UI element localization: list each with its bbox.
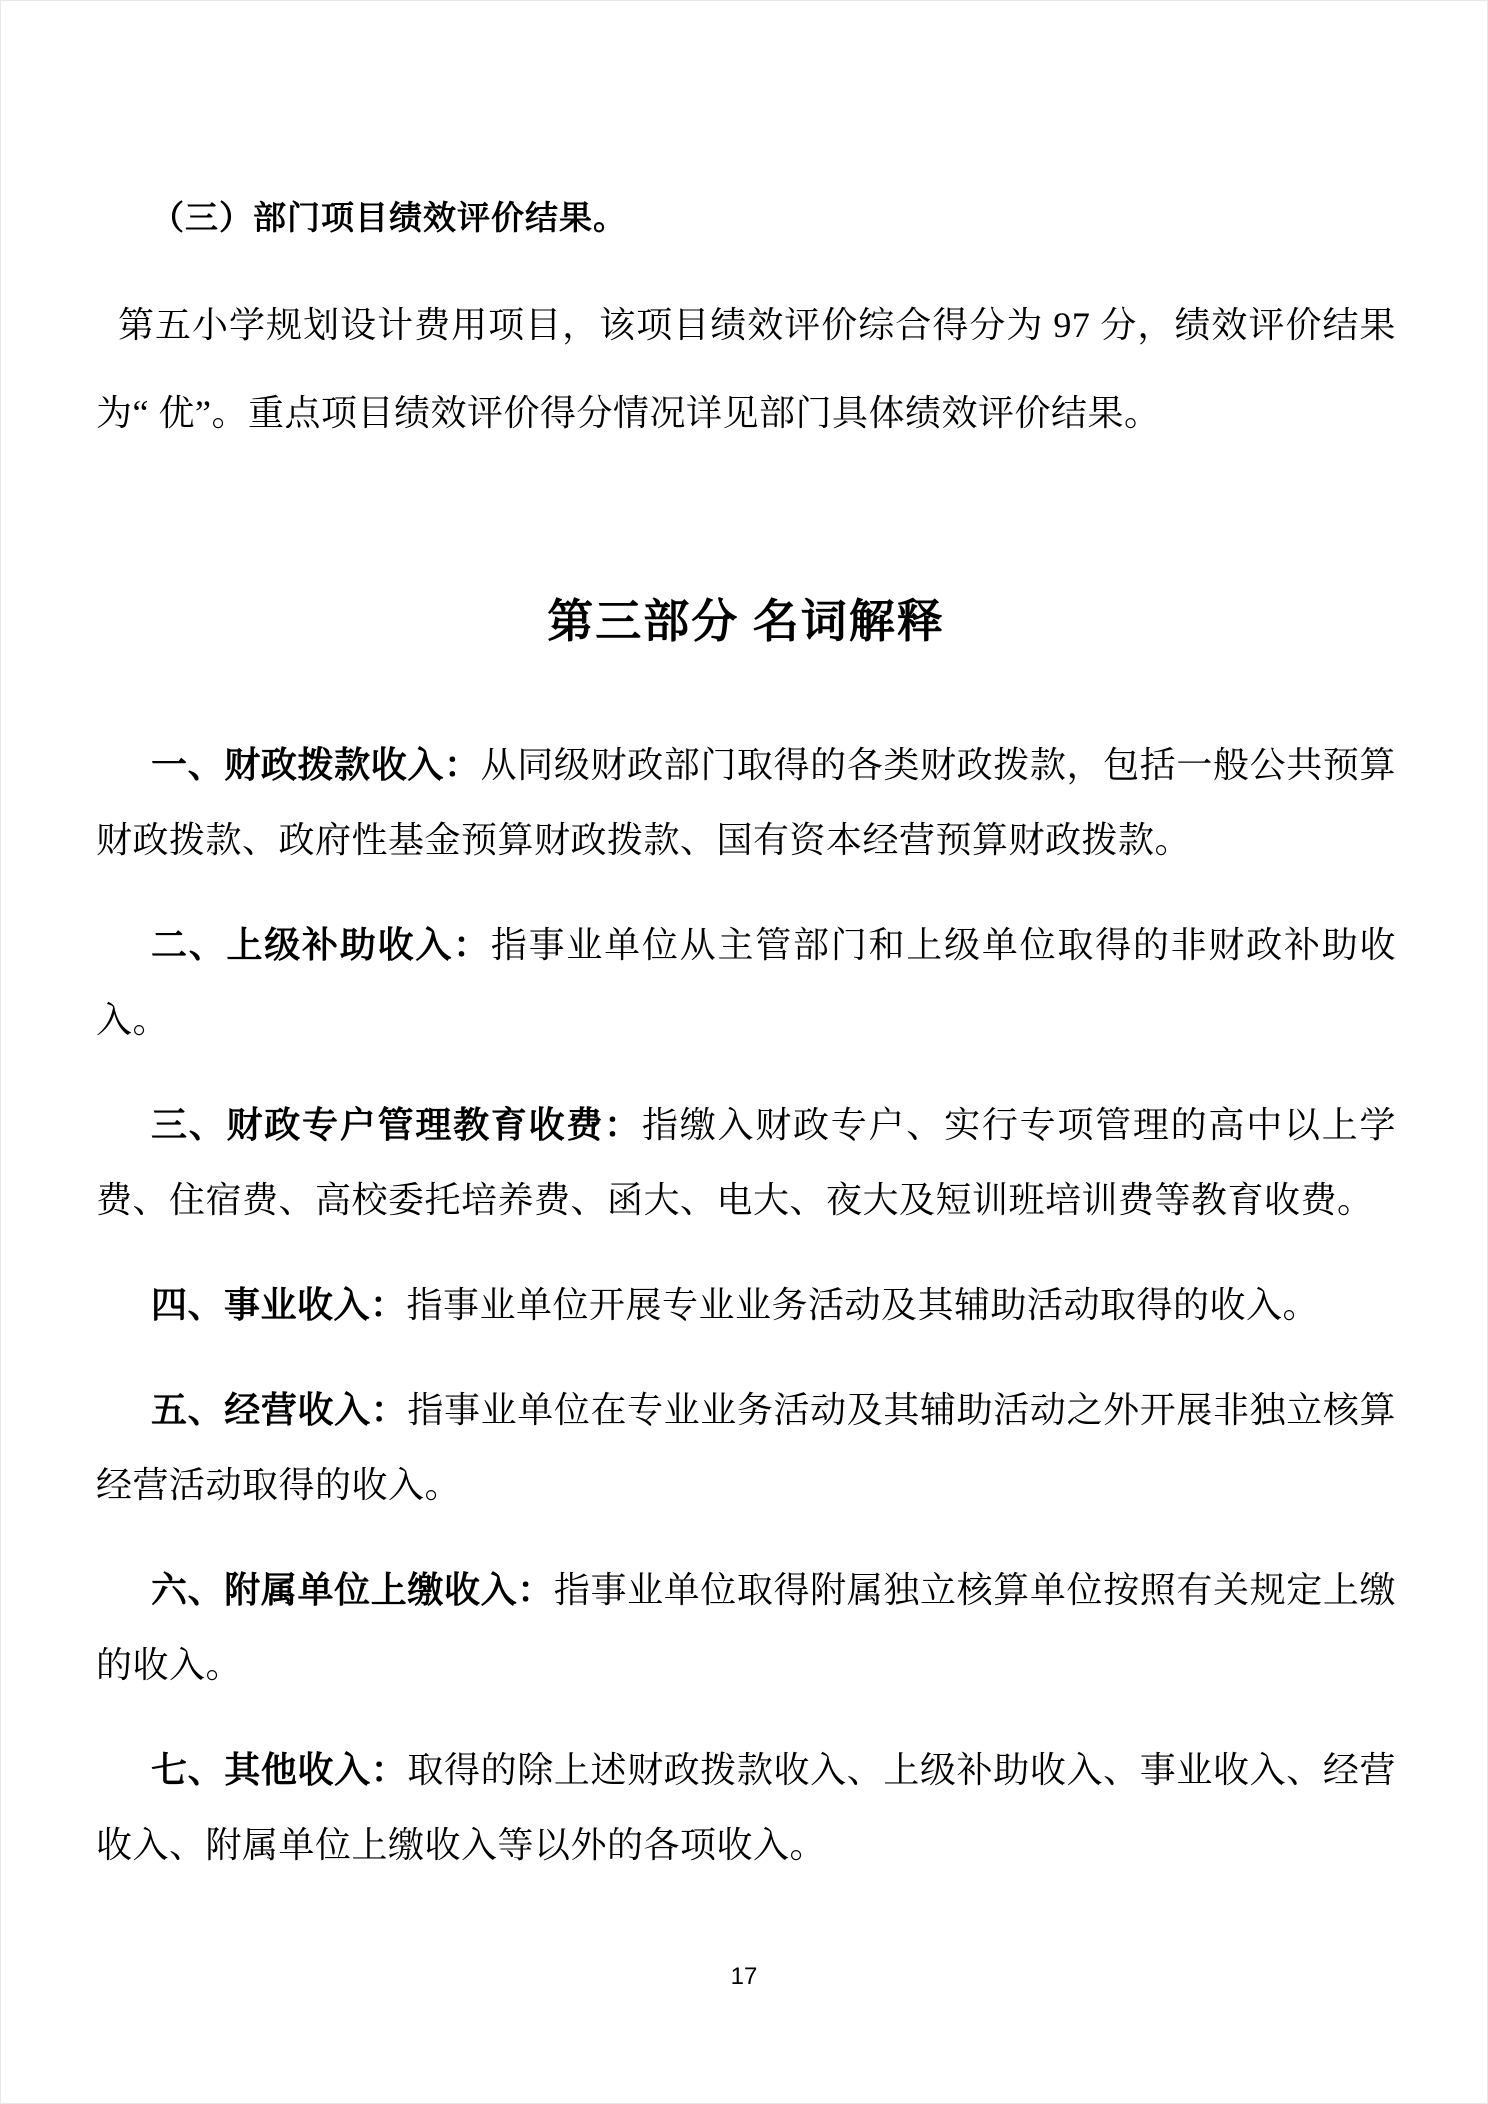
definition-item-3: 三、财政专户管理教育收费：指缴入财政专户、实行专项管理的高中以上学费、住宿费、高…	[96, 1088, 1396, 1238]
definition-item-1: 一、财政拨款收入：从同级财政部门取得的各类财政拨款，包括一般公共预算财政拨款、政…	[96, 728, 1396, 878]
definition-item-4: 四、事业收入：指事业单位开展专业业务活动及其辅助活动取得的收入。	[96, 1268, 1396, 1343]
definition-term: 二、上级补助收入：	[151, 925, 491, 965]
definition-item-6: 六、附属单位上缴收入：指事业单位取得附属独立核算单位按照有关规定上缴的收入。	[96, 1553, 1396, 1703]
definition-term: 七、其他收入：	[151, 1750, 407, 1790]
document-page: （三）部门项目绩效评价结果。 第五小学规划设计费用项目，该项目绩效评价综合得分为…	[0, 0, 1488, 2104]
definitions-list: 一、财政拨款收入：从同级财政部门取得的各类财政拨款，包括一般公共预算财政拨款、政…	[96, 728, 1396, 1883]
definition-term: 五、经营收入：	[151, 1390, 407, 1430]
document-content: （三）部门项目绩效评价结果。 第五小学规划设计费用项目，该项目绩效评价综合得分为…	[96, 1, 1396, 1913]
definition-term: 三、财政专户管理教育收费：	[151, 1105, 642, 1145]
definition-item-5: 五、经营收入：指事业单位在专业业务活动及其辅助活动之外开展非独立核算经营活动取得…	[96, 1373, 1396, 1523]
page-number: 17	[1, 1961, 1487, 1993]
definition-term: 四、事业收入：	[151, 1285, 407, 1325]
definition-term: 一、财政拨款收入：	[151, 745, 481, 785]
definition-item-7: 七、其他收入：取得的除上述财政拨款收入、上级补助收入、事业收入、经营收入、附属单…	[96, 1733, 1396, 1883]
definition-text: 指事业单位开展专业业务活动及其辅助活动取得的收入。	[407, 1285, 1320, 1325]
intro-paragraph: 第五小学规划设计费用项目，该项目绩效评价综合得分为 97 分，绩效评价结果为“ …	[96, 281, 1396, 457]
section-heading: （三）部门项目绩效评价结果。	[96, 1, 1396, 241]
part-title: 第三部分 名词解释	[96, 589, 1396, 655]
definition-item-2: 二、上级补助收入：指事业单位从主管部门和上级单位取得的非财政补助收入。	[96, 908, 1396, 1058]
definition-term: 六、附属单位上缴收入：	[151, 1570, 554, 1610]
